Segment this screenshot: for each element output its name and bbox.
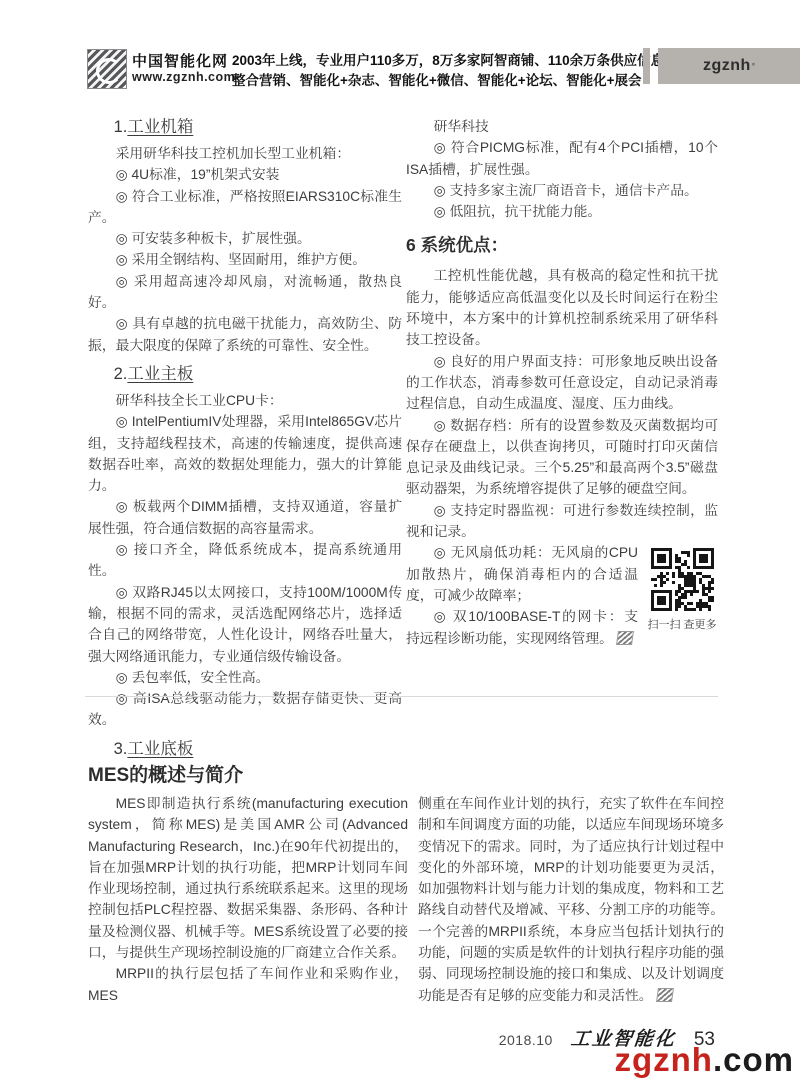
issue-date: 2018.10	[499, 1032, 553, 1048]
bullet-item: ◎ 可安装多种板卡，扩展性强。	[88, 228, 402, 249]
badge-strip	[643, 48, 650, 84]
section-number: 2.	[114, 365, 128, 383]
site-name: 中国智能化网	[132, 50, 228, 71]
paragraph: 工控机性能优越，具有极高的稳定性和抗干扰能力，能够适应高低温变化以及长时间运行在…	[406, 265, 718, 350]
article-end-icon	[657, 989, 673, 1001]
paragraph: 研华科技	[406, 116, 718, 137]
qr-code	[651, 548, 714, 611]
bullet-item: ◎ 高ISA总线驱动能力，数据存储更快、更高效。	[88, 688, 402, 731]
article2-right-column: 侧重在车间作业计划的执行，充实了软件在车间控制和车间调度方面的功能，以适应车间现…	[418, 793, 724, 1006]
bullet-item: ◎ 数据存档：所有的设置参数及灭菌数据均可保存在硬盘上，以供查询拷贝，可随时打印…	[406, 415, 718, 500]
site-watermark: zgznh.com	[614, 1041, 794, 1079]
bullet-item: ◎ 良好的用户界面支持：可形象地反映出设备的工作状态，消毒参数可任意设定，自动记…	[406, 351, 718, 415]
paragraph-text: 侧重在车间作业计划的执行，充实了软件在车间控制和车间调度方面的功能，以适应车间现…	[418, 796, 724, 1003]
paragraph: MRPII的执行层包括了车间作业和采购作业，MES	[88, 963, 408, 1006]
section-title: 工业机箱	[127, 118, 193, 136]
section-heading-industrial-backplane: 3.工业底板	[88, 738, 402, 761]
section-number: 1.	[114, 118, 128, 136]
qr-caption: 扫一扫 查更多	[646, 615, 718, 636]
paragraph: 侧重在车间作业计划的执行，充实了软件在车间控制和车间调度方面的功能，以适应车间现…	[418, 793, 724, 1006]
bullet-item: ◎ 4U标准，19”机架式安装	[88, 164, 402, 185]
zgznh-badge: zgznh°	[658, 48, 800, 84]
bullet-item: ◎ 具有卓越的抗电磁干扰能力，高效防尘、防振，最大限度的保障了系统的可靠性、安全…	[88, 313, 402, 356]
bullet-item: ◎ 板载两个DIMM插槽，支持双通道，容量扩展性强，符合通信数据的高容量需求。	[88, 496, 402, 539]
watermark-name: zgznh	[614, 1041, 712, 1078]
badge-mark: °	[752, 62, 755, 71]
paragraph: 采用研华科技工控机加长型工业机箱：	[88, 143, 402, 164]
bullet-item: ◎ 支持定时器监视：可进行参数连续控制，监视和记录。	[406, 500, 718, 543]
bullet-item: ◎ 接口齐全，降低系统成本，提高系统通用性。	[88, 539, 402, 582]
section-heading-industrial-motherboard: 2.工业主板	[88, 363, 402, 386]
section-heading-system-advantages: 6 系统优点：	[406, 233, 718, 257]
section-title: 工业主板	[127, 365, 193, 383]
bullet-item: ◎ 符合PICMG标准，配有4个PCI插槽，10个ISA插槽，扩展性强。	[406, 137, 718, 180]
article-end-icon	[617, 632, 633, 644]
site-url: www.zgznh.com	[132, 70, 235, 84]
bullet-item: ◎ IntelPentiumIV处理器，采用Intel865GV芯片组，支持超线…	[88, 411, 402, 496]
bullet-item: ◎ 支持多家主流厂商语音卡，通信卡产品。	[406, 180, 718, 201]
bullet-item: ◎ 符合工业标准，严格按照EIARS310C标准生产。	[88, 186, 402, 229]
article1-left-column: 1.工业机箱 采用研华科技工控机加长型工业机箱： ◎ 4U标准，19”机架式安装…	[88, 116, 402, 765]
zgznh-logo-icon	[88, 50, 126, 88]
header-tagline-line1: 2003年上线，专业用户110多万，8万多家阿智商铺、110余万条供应信息。	[232, 49, 678, 69]
section-title: 工业底板	[127, 740, 193, 758]
bullet-item: ◎ 采用全钢结构、坚固耐用，维护方便。	[88, 249, 402, 270]
bullet-item: ◎ 采用超高速冷却风扇，对流畅通，散热良好。	[88, 271, 402, 314]
bullet-text: ◎ 双10/100BASE-T的网卡：支持远程诊断功能，实现网络管理。	[406, 609, 638, 645]
section-heading-industrial-chassis: 1.工业机箱	[88, 116, 402, 139]
header-tagline-line2: 整合营销、智能化+杂志、智能化+微信、智能化+论坛、智能化+展会	[232, 69, 642, 89]
watermark-tld: .com	[713, 1041, 794, 1078]
qr-block: 扫一扫 查更多	[646, 548, 718, 636]
paragraph: 研华科技全长工业CPU卡：	[88, 390, 402, 411]
section-divider	[85, 696, 718, 697]
paragraph: MES即制造执行系统(manufacturing execution syste…	[88, 793, 408, 963]
bullet-item: ◎ 丢包率低，安全性高。	[88, 667, 402, 688]
badge-label: zgznh	[703, 57, 751, 75]
section-number: 3.	[114, 740, 128, 758]
bullet-item: ◎ 低阻抗，抗干扰能力能。	[406, 201, 718, 222]
article1-right-column: 研华科技 ◎ 符合PICMG标准，配有4个PCI插槽，10个ISA插槽，扩展性强…	[406, 116, 718, 649]
bullet-item: ◎ 双路RJ45以太网接口，支持100M/1000M传输，根据不同的需求，灵活选…	[88, 582, 402, 667]
mes-section-heading: MES的概述与简介	[88, 760, 243, 787]
article2-left-column: MES即制造执行系统(manufacturing execution syste…	[88, 793, 408, 1006]
